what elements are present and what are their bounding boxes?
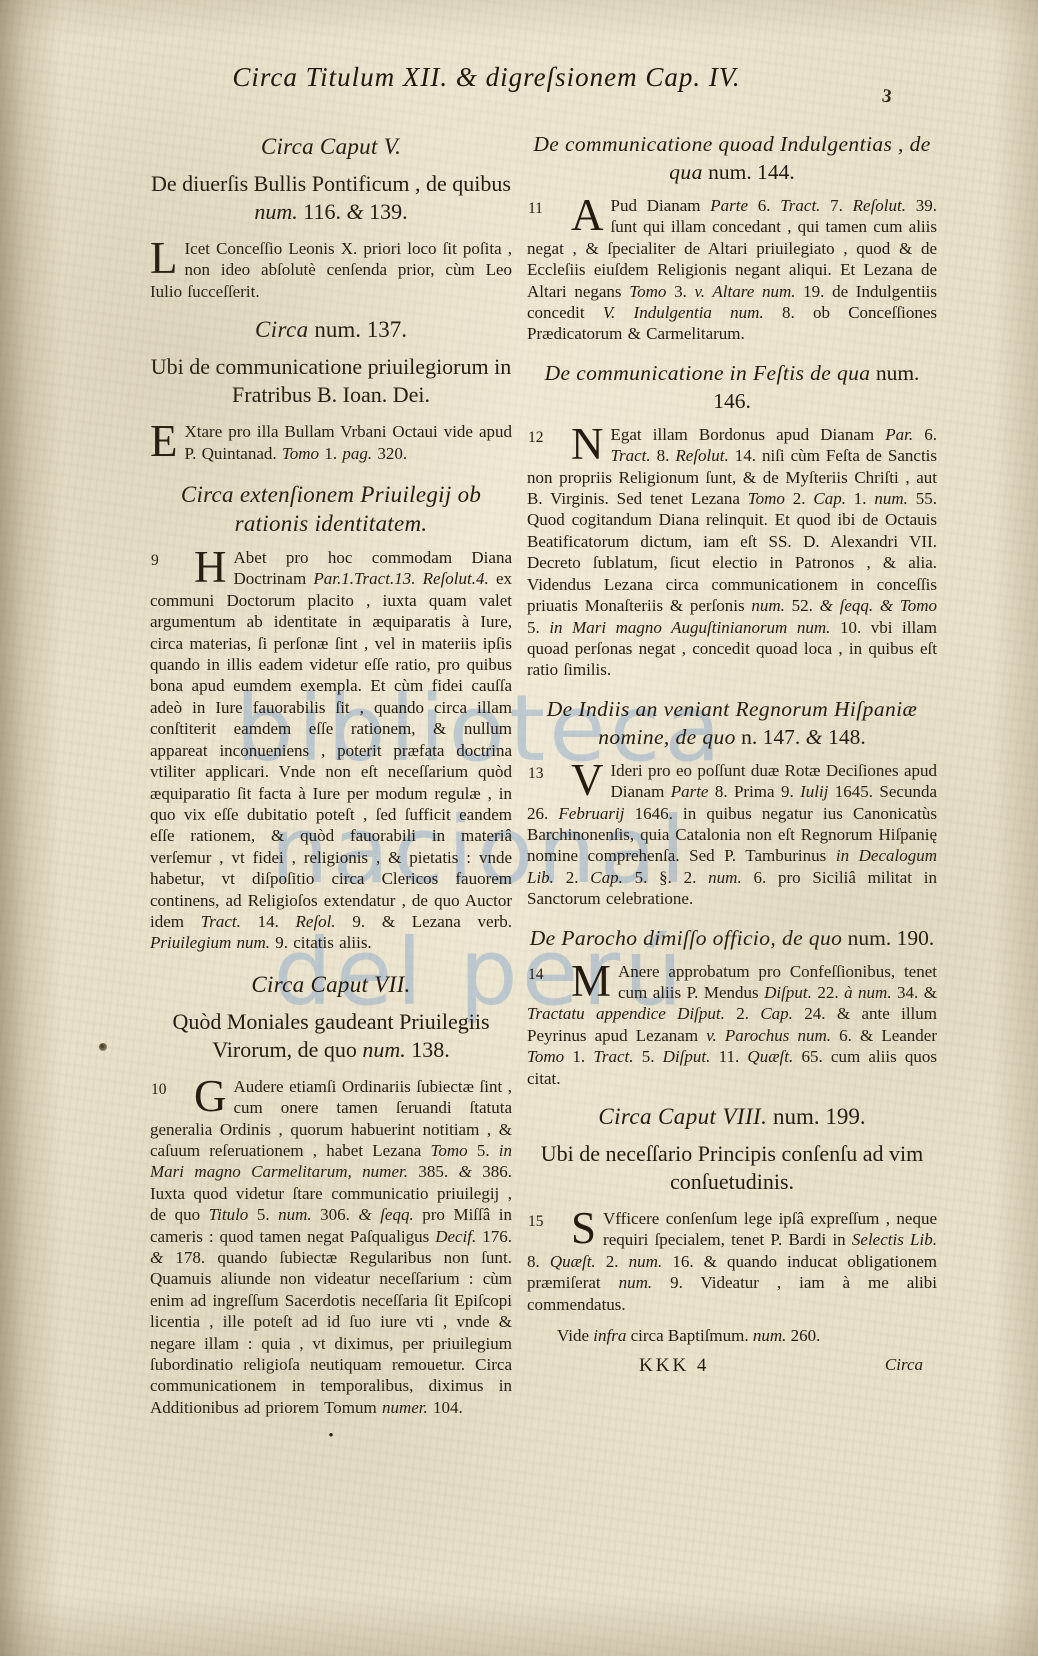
paragraph-15: 15SVfficere conſenſum lege ipſâ expreſſu…	[527, 1208, 937, 1315]
page-number-mark: 3	[881, 85, 893, 108]
paragraph-text: Icet Conceſſio Leonis X. priori loco ſit…	[150, 239, 512, 301]
catchword: Circa	[885, 1355, 923, 1375]
paragraph-extare: EXtare pro illa Bullam Vrbani Octaui vid…	[150, 421, 512, 464]
drop-cap: L	[150, 238, 185, 277]
heading-circa-extensionem: Circa extenſionem Priuilegij ob rationis…	[156, 480, 506, 538]
paragraph-14: 14MAnere approbatum pro Confeſſionibus, …	[527, 961, 937, 1089]
subheading-quod-moniales: Quòd Moniales gaudeant Priuilegiis Viror…	[150, 1008, 512, 1064]
subheading-de-diuersis-bullis: De diuerſis Bullis Pontificum , de quibu…	[150, 170, 512, 226]
paragraph-licet-concessio: LIcet Conceſſio Leonis X. priori loco ſi…	[150, 238, 512, 302]
margin-number: 15	[528, 1211, 544, 1232]
page-footer: KKK 4 Circa	[527, 1355, 937, 1385]
running-head: Circa Titulum XII. & digreſsionem Cap. I…	[95, 62, 878, 93]
scanned-book-page: Circa Titulum XII. & digreſsionem Cap. I…	[0, 0, 1038, 1656]
heading-circa-caput-v: Circa Caput V.	[156, 132, 506, 161]
drop-cap: S	[571, 1208, 603, 1247]
paragraph-text: Abet pro hoc commodam Diana Doctrinam Pa…	[150, 548, 512, 952]
drop-cap: G	[194, 1076, 234, 1115]
margin-number: 13	[528, 763, 544, 784]
paragraph-text: Xtare pro illa Bullam Vrbani Octaui vide…	[185, 422, 513, 462]
heading-de-communicatione-in-festis: De communicatione in Feſtis de qua num. …	[529, 359, 935, 415]
drop-cap: M	[571, 961, 618, 1000]
heading-de-communicatione-indulgentias: De communicatione quoad Indulgentias , d…	[529, 130, 935, 186]
drop-cap: V	[571, 760, 611, 799]
gathering-signature: KKK 4	[639, 1355, 709, 1377]
heading-circa-caput-vii: Circa Caput VII.	[156, 970, 506, 999]
right-column: De communicatione quoad Indulgentias , d…	[527, 124, 937, 1464]
drop-cap: A	[571, 195, 611, 234]
paragraph-11: 11APud Dianam Parte 6. Tract. 7. Reſolut…	[527, 195, 937, 345]
drop-cap: H	[194, 547, 234, 586]
margin-number: 11	[528, 198, 543, 219]
drop-cap: N	[571, 424, 611, 463]
ink-spot	[99, 1043, 107, 1051]
paragraph-text: Audere etiamſi Ordinariis ſubiectæ ſint …	[150, 1077, 512, 1417]
paragraph-9: 9HAbet pro hoc commodam Diana Doctrinam …	[150, 547, 512, 954]
vide-reference-line: Vide infra circa Baptiſmum. num. 260.	[527, 1325, 937, 1347]
heading-de-parocho: De Parocho dimiſſo officio, de quo num. …	[529, 924, 935, 952]
heading-circa-num-137: Circa num. 137.	[152, 316, 510, 344]
column-end-mark: •	[150, 1428, 512, 1445]
margin-number: 10	[151, 1079, 167, 1100]
subheading-ubi-de-communicatione: Ubi de communicatione priuilegiorum in F…	[150, 353, 512, 409]
paragraph-12: 12NEgat illam Bordonus apud Dianam Par. …	[527, 424, 937, 681]
margin-number: 14	[528, 964, 544, 985]
left-column: Circa Caput V. De diuerſis Bullis Pontif…	[150, 128, 512, 1448]
margin-number: 9	[151, 550, 159, 571]
heading-circa-caput-viii: Circa Caput VIII. num. 199.	[529, 1103, 935, 1131]
heading-de-indiis: De Indiis an veniant Regnorum Hiſpaniæ n…	[529, 695, 935, 751]
paragraph-13: 13VIderi pro eo poſſunt duæ Rotæ Deciſio…	[527, 760, 937, 910]
subheading-ubi-de-necessario: Ubi de neceſſario Principis conſenſu ad …	[527, 1140, 937, 1196]
drop-cap: E	[150, 421, 185, 460]
margin-number: 12	[528, 427, 544, 448]
paragraph-10: 10GAudere etiamſi Ordinariis ſubiectæ ſi…	[150, 1076, 512, 1419]
